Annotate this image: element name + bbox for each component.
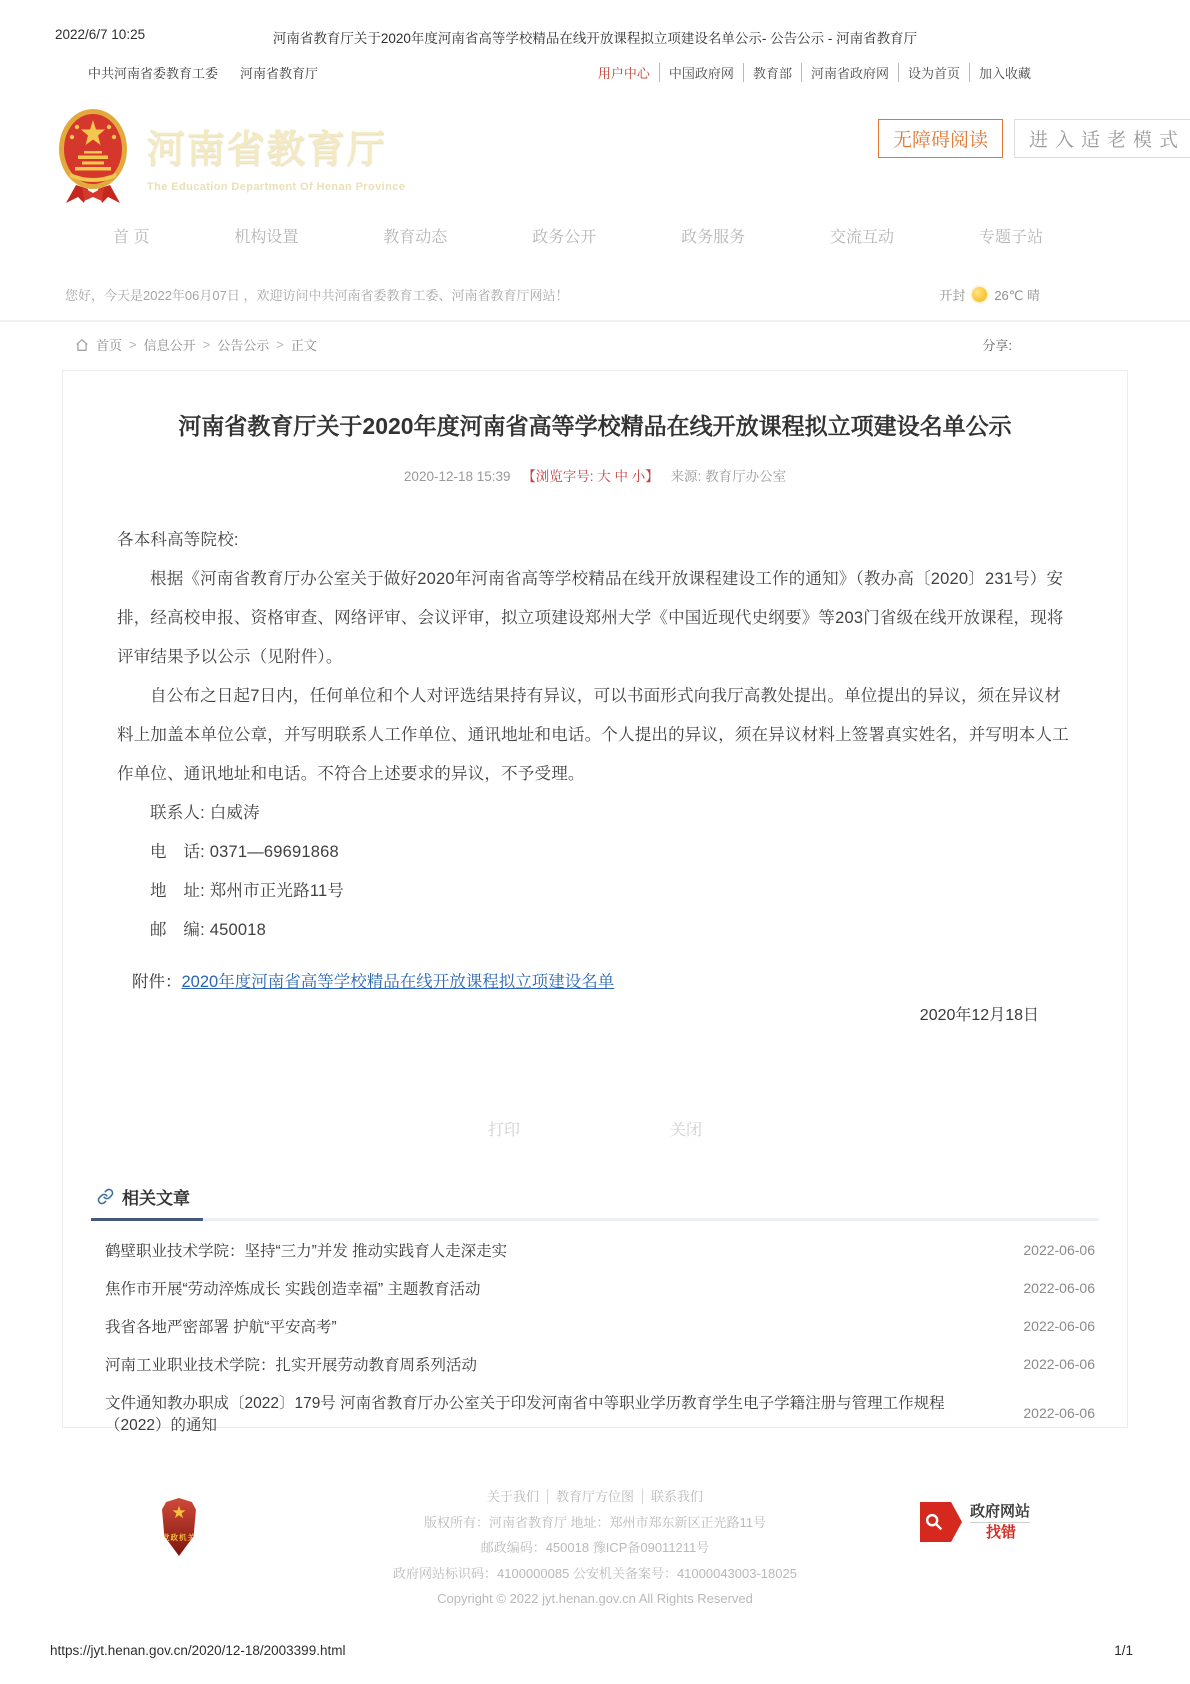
welcome-greeting: 您好，今天是2022年06月07日 ，欢迎访问中共河南省委教育工委、河南省教育厅… bbox=[65, 285, 568, 304]
error-report-badge[interactable]: 政府网站 找错 bbox=[920, 1502, 1030, 1542]
footer-copyright-en: Copyright © 2022 jyt.henan.gov.cn All Ri… bbox=[0, 1586, 1190, 1612]
nav-item-special-sites[interactable]: 专题子站 bbox=[979, 224, 1043, 247]
article-meta: 2020-12-18 15:39 【浏览字号: 大 中 小】 来源: 教育厅办公… bbox=[99, 465, 1091, 485]
print-footer: https://jyt.henan.gov.cn/2020/12-18/2003… bbox=[0, 1643, 1190, 1658]
contact-postcode-line: 邮 编: 450018 bbox=[150, 911, 1073, 950]
print-document-title: 河南省教育厅关于2020年度河南省高等学校精品在线开放课程拟立项建设名单公示- … bbox=[0, 27, 1190, 47]
contact-value: 0371—69691868 bbox=[210, 843, 339, 861]
contact-label: 电 话: bbox=[150, 843, 205, 861]
related-article-link[interactable]: 文件通知教办职成〔2022〕179号 河南省教育厅办公室关于印发河南省中等职业学… bbox=[105, 1391, 999, 1435]
crumb-separator: > bbox=[203, 337, 211, 352]
print-header: 2022/6/7 10:25 河南省教育厅关于2020年度河南省高等学校精品在线… bbox=[0, 0, 1190, 47]
related-article-row: 河南工业职业技术学院：扎实开展劳动教育周系列活动 2022-06-06 bbox=[91, 1345, 1099, 1383]
related-article-row: 焦作市开展“劳动淬炼成长 实践创造幸福” 主题教育活动 2022-06-06 bbox=[91, 1269, 1099, 1307]
crumb-info-disclosure[interactable]: 信息公开 bbox=[144, 335, 196, 354]
org-link-party-education-committee[interactable]: 中共河南省委教育工委 bbox=[88, 63, 218, 82]
add-favorite-link[interactable]: 加入收藏 bbox=[969, 63, 1040, 82]
print-button[interactable]: 打印 bbox=[488, 1117, 520, 1140]
crumb-separator: > bbox=[129, 337, 137, 352]
attachment-label: 附件： bbox=[132, 973, 182, 991]
attachment-row: 附件：2020年度河南省高等学校精品在线开放课程拟立项建设名单 bbox=[132, 968, 1091, 992]
topbar-orgs: 中共河南省委教育工委 河南省教育厅 bbox=[88, 63, 318, 82]
page-indicator: 1/1 bbox=[1114, 1643, 1133, 1658]
font-size-control[interactable]: 【浏览字号: 大 中 小】 bbox=[522, 469, 659, 484]
paragraph-2: 自公布之日起7日内，任何单位和个人对评选结果持有异议，可以书面形式向我厅高教处提… bbox=[117, 677, 1073, 794]
weather-info: 26℃ 晴 bbox=[994, 285, 1040, 304]
nav-item-interaction[interactable]: 交流互动 bbox=[830, 224, 894, 247]
site-banner: 河南省教育厅 The Education Department Of Henan… bbox=[0, 82, 1190, 210]
related-article-row: 我省各地严密部署 护航“平安高考” 2022-06-06 bbox=[91, 1307, 1099, 1345]
contact-label: 邮 编: bbox=[150, 921, 205, 939]
crumb-home[interactable]: 首页 bbox=[96, 335, 122, 354]
error-badge-bottom-label: 找错 bbox=[970, 1523, 1030, 1542]
print-timestamp: 2022/6/7 10:25 bbox=[55, 27, 145, 42]
footer-map-link[interactable]: 教育厅方位图 bbox=[547, 1489, 642, 1504]
site-name-en: The Education Department Of Henan Provin… bbox=[147, 181, 405, 193]
publish-time: 2020-12-18 15:39 bbox=[404, 469, 511, 484]
related-header: 相关文章 bbox=[91, 1184, 1099, 1209]
article-title: 河南省教育厅关于2020年度河南省高等学校精品在线开放课程拟立项建设名单公示 bbox=[119, 411, 1071, 441]
nav-item-education-news[interactable]: 教育动态 bbox=[383, 224, 447, 247]
related-article-date: 2022-06-06 bbox=[1023, 1280, 1095, 1296]
related-article-link[interactable]: 鹤壁职业技术学院：坚持“三力”并发 推动实践育人走深走实 bbox=[105, 1239, 507, 1261]
error-badge-top-label: 政府网站 bbox=[970, 1502, 1030, 1523]
related-article-link[interactable]: 焦作市开展“劳动淬炼成长 实践创造幸福” 主题教育活动 bbox=[105, 1277, 480, 1299]
org-link-education-department[interactable]: 河南省教育厅 bbox=[240, 63, 318, 82]
sign-date: 2020年12月18日 bbox=[99, 1002, 1091, 1025]
related-article-link[interactable]: 河南工业职业技术学院：扎实开展劳动教育周系列活动 bbox=[105, 1353, 477, 1375]
footer-contact-link[interactable]: 联系我们 bbox=[642, 1489, 711, 1504]
divider bbox=[0, 320, 1190, 322]
crumb-separator: > bbox=[276, 337, 284, 352]
accessibility-reading-button[interactable]: 无障碍阅读 bbox=[878, 119, 1003, 158]
user-center-link[interactable]: 用户中心 bbox=[589, 63, 659, 82]
related-article-row: 文件通知教办职成〔2022〕179号 河南省教育厅办公室关于印发河南省中等职业学… bbox=[91, 1383, 1099, 1443]
contact-label: 地 址: bbox=[150, 882, 205, 900]
welcome-bar: 您好，今天是2022年06月07日 ，欢迎访问中共河南省委教育工委、河南省教育厅… bbox=[65, 285, 1040, 304]
footer-site-id-line: 政府网站标识码：4100000085 公安机关备案号：41000043003-1… bbox=[0, 1561, 1190, 1587]
contact-value: 450018 bbox=[210, 921, 266, 939]
contact-address-line: 地 址: 郑州市正光路11号 bbox=[150, 872, 1073, 911]
error-report-badge-text: 政府网站 找错 bbox=[970, 1502, 1030, 1542]
site-name: 河南省教育厅 bbox=[147, 118, 405, 173]
contact-value: 白威涛 bbox=[210, 804, 260, 822]
article-container: 河南省教育厅关于2020年度河南省高等学校精品在线开放课程拟立项建设名单公示 2… bbox=[62, 370, 1128, 1428]
page: 2022/6/7 10:25 河南省教育厅关于2020年度河南省高等学校精品在线… bbox=[0, 0, 1190, 1684]
contact-person-line: 联系人: 白威涛 bbox=[150, 794, 1073, 833]
footer: ★ 党政机关 关于我们教育厅方位图联系我们 版权所有：河南省教育厅 地址：郑州市… bbox=[0, 1484, 1190, 1612]
topbar-links: 用户中心 中国政府网 教育部 河南省政府网 设为首页 加入收藏 bbox=[589, 63, 1040, 82]
contact-label: 联系人: bbox=[150, 804, 205, 822]
related-rule-accent bbox=[91, 1218, 203, 1221]
contact-value: 郑州市正光路11号 bbox=[210, 882, 344, 900]
nav-item-home[interactable]: 首 页 bbox=[113, 224, 149, 247]
breadcrumb: 首页 > 信息公开 > 公告公示 > 正文 bbox=[75, 335, 317, 354]
home-icon bbox=[75, 338, 89, 352]
ministry-of-education-link[interactable]: 教育部 bbox=[743, 63, 801, 82]
share-label: 分享: bbox=[982, 335, 1012, 354]
site-logo[interactable]: 河南省教育厅 The Education Department Of Henan… bbox=[147, 118, 405, 193]
link-icon bbox=[97, 1188, 114, 1205]
close-button[interactable]: 关闭 bbox=[670, 1117, 702, 1140]
topbar: 中共河南省委教育工委 河南省教育厅 用户中心 中国政府网 教育部 河南省政府网 … bbox=[88, 63, 1040, 82]
attachment-link[interactable]: 2020年度河南省高等学校精品在线开放课程拟立项建设名单 bbox=[182, 973, 615, 991]
paragraph-1: 根据《河南省教育厅办公室关于做好2020年河南省高等学校精品在线开放课程建设工作… bbox=[117, 560, 1073, 677]
crumb-current: 正文 bbox=[291, 335, 317, 354]
related-article-row: 鹤壁职业技术学院：坚持“三力”并发 推动实践育人走深走实 2022-06-06 bbox=[91, 1231, 1099, 1269]
article-source: 来源: 教育厅办公室 bbox=[671, 469, 787, 484]
nav-item-gov-disclosure[interactable]: 政务公开 bbox=[532, 224, 596, 247]
related-rule bbox=[91, 1218, 1099, 1221]
related-article-link[interactable]: 我省各地严密部署 护航“平安高考” bbox=[105, 1315, 337, 1337]
related-list: 鹤壁职业技术学院：坚持“三力”并发 推动实践育人走深走实 2022-06-06 … bbox=[91, 1231, 1099, 1443]
contact-phone-line: 电 话: 0371—69691868 bbox=[150, 833, 1073, 872]
related-article-date: 2022-06-06 bbox=[1023, 1318, 1095, 1334]
star-icon: ★ bbox=[171, 1504, 186, 1522]
related-article-date: 2022-06-06 bbox=[1023, 1356, 1095, 1372]
main-nav: 首 页 机构设置 教育动态 政务公开 政务服务 交流互动 专题子站 bbox=[113, 224, 1043, 247]
magnifier-icon bbox=[920, 1502, 962, 1542]
related-article-date: 2022-06-06 bbox=[1023, 1405, 1095, 1421]
related-article-date: 2022-06-06 bbox=[1023, 1242, 1095, 1258]
nav-item-organization[interactable]: 机构设置 bbox=[234, 224, 298, 247]
article-body: 各本科高等院校: 根据《河南省教育厅办公室关于做好2020年河南省高等学校精品在… bbox=[117, 521, 1073, 950]
china-gov-link[interactable]: 中国政府网 bbox=[659, 63, 743, 82]
crumb-announcements[interactable]: 公告公示 bbox=[217, 335, 269, 354]
national-emblem-icon bbox=[58, 107, 128, 205]
set-homepage-link[interactable]: 设为首页 bbox=[898, 63, 969, 82]
salutation: 各本科高等院校: bbox=[117, 521, 1073, 560]
sun-icon bbox=[972, 287, 987, 302]
elderly-mode-button[interactable]: 进入适老模式 bbox=[1014, 119, 1190, 158]
related-section-title: 相关文章 bbox=[122, 1184, 190, 1209]
breadcrumb-row: 首页 > 信息公开 > 公告公示 > 正文 分享: bbox=[75, 335, 1012, 354]
nav-item-gov-services[interactable]: 政务服务 bbox=[681, 224, 745, 247]
related-section: 相关文章 鹤壁职业技术学院：坚持“三力”并发 推动实践育人走深走实 2022-0… bbox=[91, 1184, 1099, 1443]
banner-buttons: 无障碍阅读 进入适老模式 bbox=[878, 119, 1190, 158]
page-url: https://jyt.henan.gov.cn/2020/12-18/2003… bbox=[50, 1643, 345, 1658]
weather-widget: 开封 26℃ 晴 bbox=[939, 285, 1040, 304]
weather-city: 开封 bbox=[939, 285, 965, 304]
henan-gov-link[interactable]: 河南省政府网 bbox=[801, 63, 898, 82]
footer-about-link[interactable]: 关于我们 bbox=[479, 1489, 547, 1504]
article-actions: 打印 关闭 bbox=[99, 1117, 1091, 1140]
